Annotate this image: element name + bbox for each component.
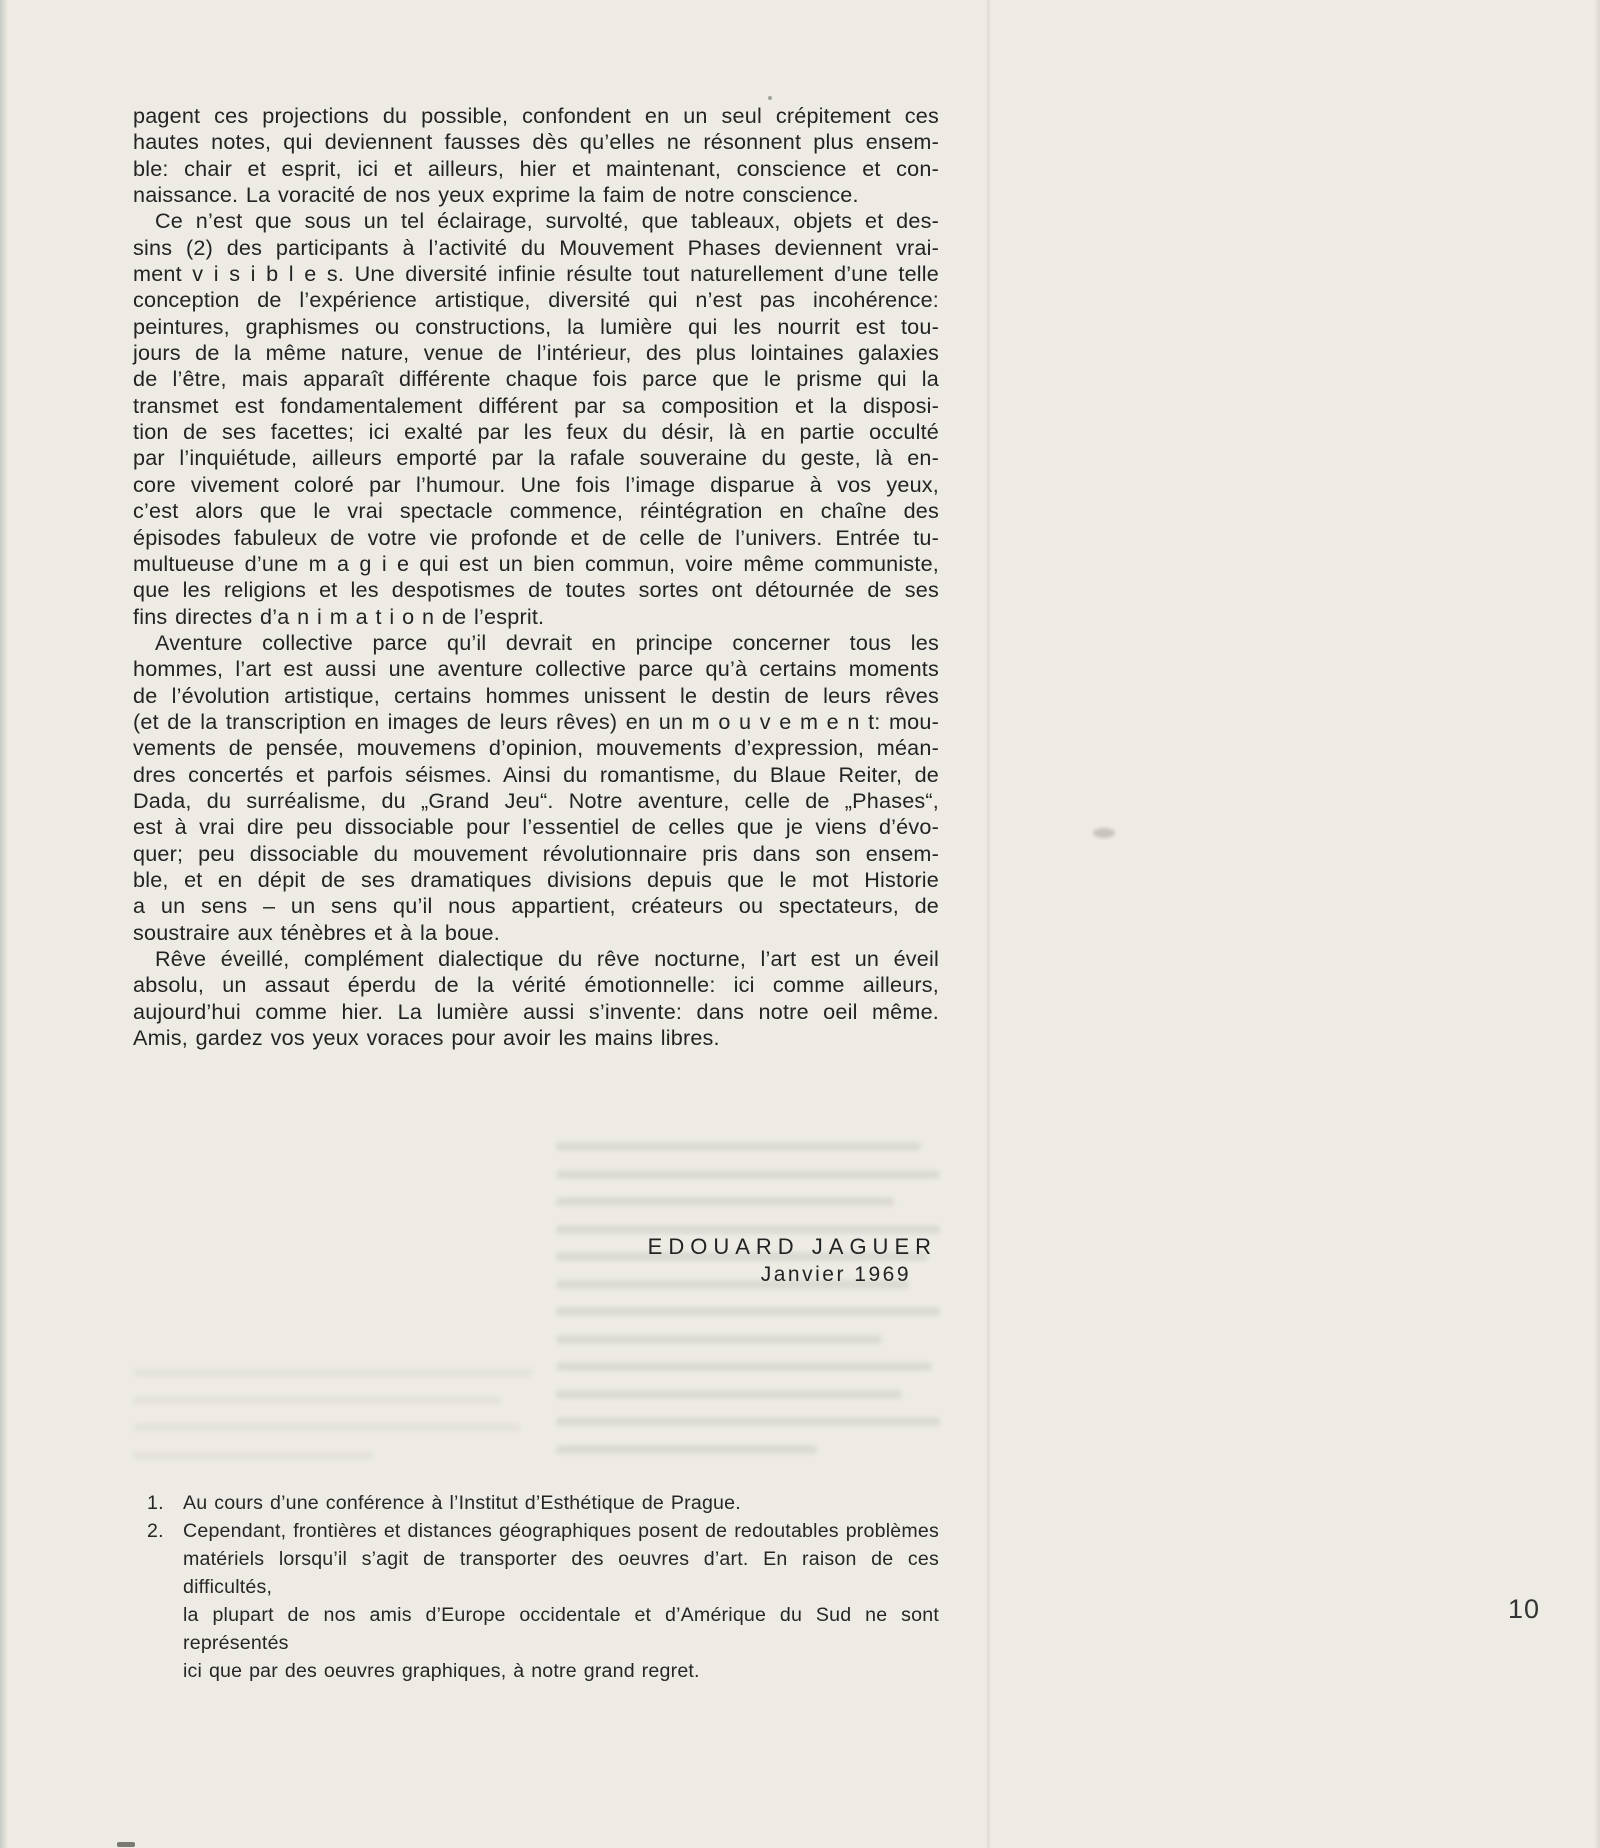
text-line: vements de pensée, mouvemens d’opinion, … bbox=[133, 735, 939, 761]
footnote: 2.Cependant, frontières et distances géo… bbox=[133, 1517, 939, 1685]
text-line: absolu, un assaut éperdu de la vérité ém… bbox=[133, 972, 939, 998]
text-line: de l’être, mais apparaît différente chaq… bbox=[133, 366, 939, 392]
scan-smudge bbox=[1093, 828, 1115, 838]
text-line: naissance. La voracité de nos yeux expri… bbox=[133, 182, 939, 208]
text-line: tion de ses facettes; ici exalté par les… bbox=[133, 419, 939, 445]
footnote-line: la plupart de nos amis d’Europe occident… bbox=[183, 1601, 939, 1657]
signature-block: EDOUARD JAGUER Janvier 1969 bbox=[648, 1233, 937, 1289]
show-through-line bbox=[133, 1451, 373, 1460]
text-line: ment v i s i b l e s. Une diversité infi… bbox=[133, 261, 939, 287]
text-line: aujourd’hui comme hier. La lumière aussi… bbox=[133, 999, 939, 1025]
text-line: peintures, graphismes ou constructions, … bbox=[133, 314, 939, 340]
show-through-line bbox=[556, 1390, 902, 1399]
text-line: transmet est fondamentalement différent … bbox=[133, 393, 939, 419]
footnote-text: Cependant, frontières et distances géogr… bbox=[183, 1517, 939, 1685]
text-line: dres concertés et parfois séismes. Ainsi… bbox=[133, 762, 939, 788]
signature-date: Janvier 1969 bbox=[648, 1261, 937, 1289]
text-line: quer; peu dissociable du mouvement révol… bbox=[133, 841, 939, 867]
show-through-line bbox=[556, 1142, 921, 1151]
footnote-line: Cependant, frontières et distances géogr… bbox=[183, 1517, 939, 1545]
body-text: pagent ces projections du possible, conf… bbox=[133, 103, 939, 1051]
scan-edge-mark bbox=[117, 1842, 135, 1847]
footnote: 1.Au cours d’une conférence à l’Institut… bbox=[133, 1489, 939, 1517]
footnote-line: ici que par des oeuvres graphiques, à no… bbox=[183, 1657, 939, 1685]
text-line: de l’évolution artistique, certains homm… bbox=[133, 683, 939, 709]
text-line: c’est alors que le vrai spectacle commen… bbox=[133, 498, 939, 524]
show-through-line bbox=[556, 1170, 940, 1179]
text-line: fins directes d’a n i m a t i o n de l’e… bbox=[133, 604, 939, 630]
footnotes: 1.Au cours d’une conférence à l’Institut… bbox=[133, 1489, 939, 1685]
page-number: 10 bbox=[1508, 1594, 1540, 1625]
text-line: conception de l’expérience artistique, d… bbox=[133, 287, 939, 313]
text-line: pagent ces projections du possible, conf… bbox=[133, 103, 939, 129]
text-line: ble, et en dépit de ses dramatiques divi… bbox=[133, 867, 939, 893]
page-edge-shadow-left bbox=[0, 0, 8, 1848]
show-through-artifact bbox=[133, 1368, 533, 1478]
show-through-line bbox=[556, 1307, 940, 1316]
show-through-line bbox=[556, 1335, 882, 1344]
show-through-artifact bbox=[556, 1142, 940, 1472]
text-line: Amis, gardez vos yeux voraces pour avoir… bbox=[133, 1025, 939, 1051]
text-line: hautes notes, qui deviennent fausses dès… bbox=[133, 129, 939, 155]
show-through-line bbox=[556, 1445, 817, 1454]
text-line: (et de la transcription en images de leu… bbox=[133, 709, 939, 735]
text-line: ble: chair et esprit, ici et ailleurs, h… bbox=[133, 156, 939, 182]
text-line: hommes, l’art est aussi une aventure col… bbox=[133, 656, 939, 682]
show-through-line bbox=[133, 1396, 501, 1405]
text-line: par l’inquiétude, ailleurs emporté par l… bbox=[133, 445, 939, 471]
show-through-line bbox=[556, 1362, 932, 1371]
show-through-line bbox=[133, 1423, 521, 1432]
text-line: Dada, du surréalisme, du „Grand Jeu“. No… bbox=[133, 788, 939, 814]
text-line: Rêve éveillé, complément dialectique du … bbox=[133, 946, 939, 972]
text-line: Aventure collective parce qu’il devrait … bbox=[133, 630, 939, 656]
show-through-line bbox=[556, 1197, 894, 1206]
text-line: multueuse d’une m a g i e qui est un bie… bbox=[133, 551, 939, 577]
scan-speck bbox=[768, 96, 772, 100]
page-edge-shadow-right bbox=[1594, 0, 1600, 1848]
footnote-line: matériels lorsqu’il s’agit de transporte… bbox=[183, 1545, 939, 1601]
footnote-line: Au cours d’une conférence à l’Institut d… bbox=[183, 1489, 939, 1517]
footnote-number: 1. bbox=[133, 1489, 183, 1517]
text-line: est à vrai dire peu dissociable pour l’e… bbox=[133, 814, 939, 840]
author-name: EDOUARD JAGUER bbox=[648, 1233, 937, 1261]
text-line: core vivement coloré par l’humour. Une f… bbox=[133, 472, 939, 498]
text-line: sins (2) des participants à l’activité d… bbox=[133, 235, 939, 261]
footnote-text: Au cours d’une conférence à l’Institut d… bbox=[183, 1489, 939, 1517]
footnote-number: 2. bbox=[133, 1517, 183, 1545]
text-line: Ce n’est que sous un tel éclairage, surv… bbox=[133, 208, 939, 234]
text-line: que les religions et les despotismes de … bbox=[133, 577, 939, 603]
text-line: a un sens – un sens qu’il nous appartien… bbox=[133, 893, 939, 919]
text-line: jours de la même nature, venue de l’inté… bbox=[133, 340, 939, 366]
scanned-page: pagent ces projections du possible, conf… bbox=[0, 0, 1600, 1848]
show-through-line bbox=[133, 1368, 533, 1377]
text-line: épisodes fabuleux de votre vie profonde … bbox=[133, 525, 939, 551]
text-line: soustraire aux ténèbres et à la boue. bbox=[133, 920, 939, 946]
page-crease-line bbox=[986, 0, 991, 1848]
show-through-line bbox=[556, 1417, 940, 1426]
